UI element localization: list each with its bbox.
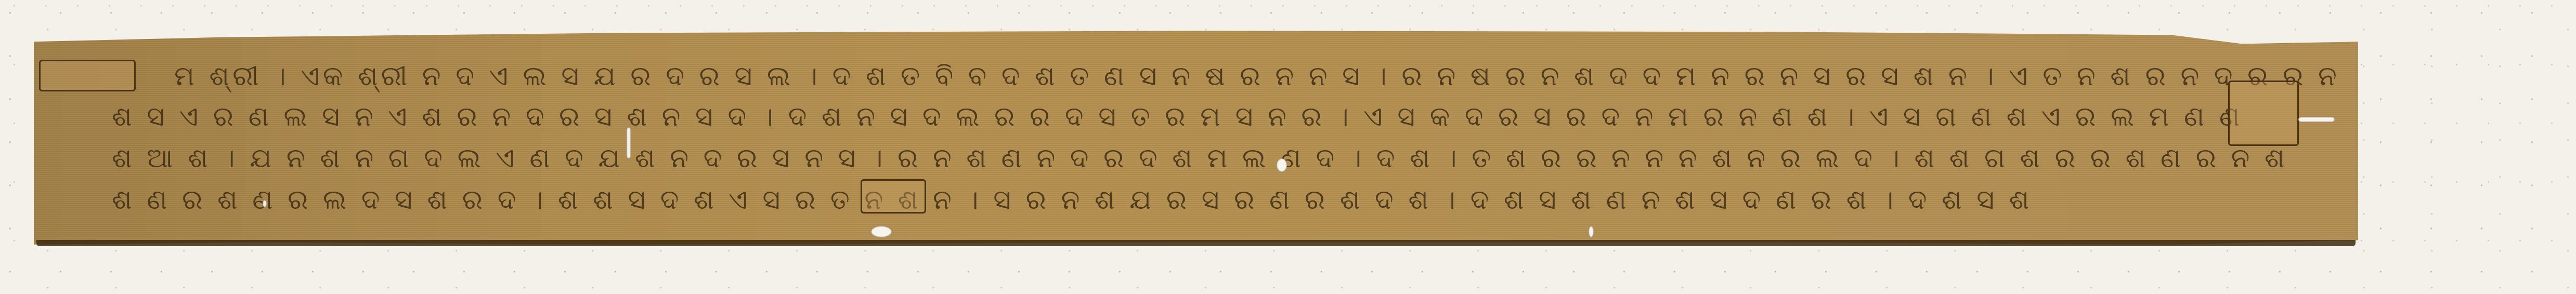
worm-hole (2298, 117, 2335, 122)
worm-hole (1589, 226, 1594, 237)
worm-hole (263, 200, 267, 207)
worm-damage (39, 60, 136, 91)
worm-damage (2228, 81, 2299, 146)
worm-damage (861, 179, 926, 213)
leaf-shadow (36, 240, 2356, 246)
worm-hole (1277, 158, 1287, 172)
manuscript-line-2: ଶ ସ ଏ ର ଣ ଲ ସ ନ ଏ ଶ ର ନ ଦ ର ସ ଶ ନ ସ ଦ । … (112, 101, 2243, 133)
manuscript-line-4: ଶ ଣ ର ଶ ଣ ର ଲ ଦ ସ ଶ ର ଦ । ଶ ଶ ସ ଦ ଶ ଏ ସ … (112, 184, 2032, 216)
worm-hole (627, 127, 631, 158)
worm-hole (871, 226, 892, 237)
manuscript-line-1: ମ ଶ୍ରୀ । ଏକ ଶ୍ରୀ ନ ଦ ଏ ଲ ସ ଯ ର ଦ ର ସ ଲ ।… (174, 61, 2340, 92)
manuscript-line-3: ଶ ଆ ଶ । ଯ ନ ଶ ନ ଗ ଦ ଲ ଏ ଣ ଦ ଯ ଶ ନ ଦ ର ସ … (112, 143, 2288, 175)
palm-leaf: ମ ଶ୍ରୀ । ଏକ ଶ୍ରୀ ନ ଦ ଏ ଲ ସ ଯ ର ଦ ର ସ ଲ ।… (34, 29, 2358, 247)
